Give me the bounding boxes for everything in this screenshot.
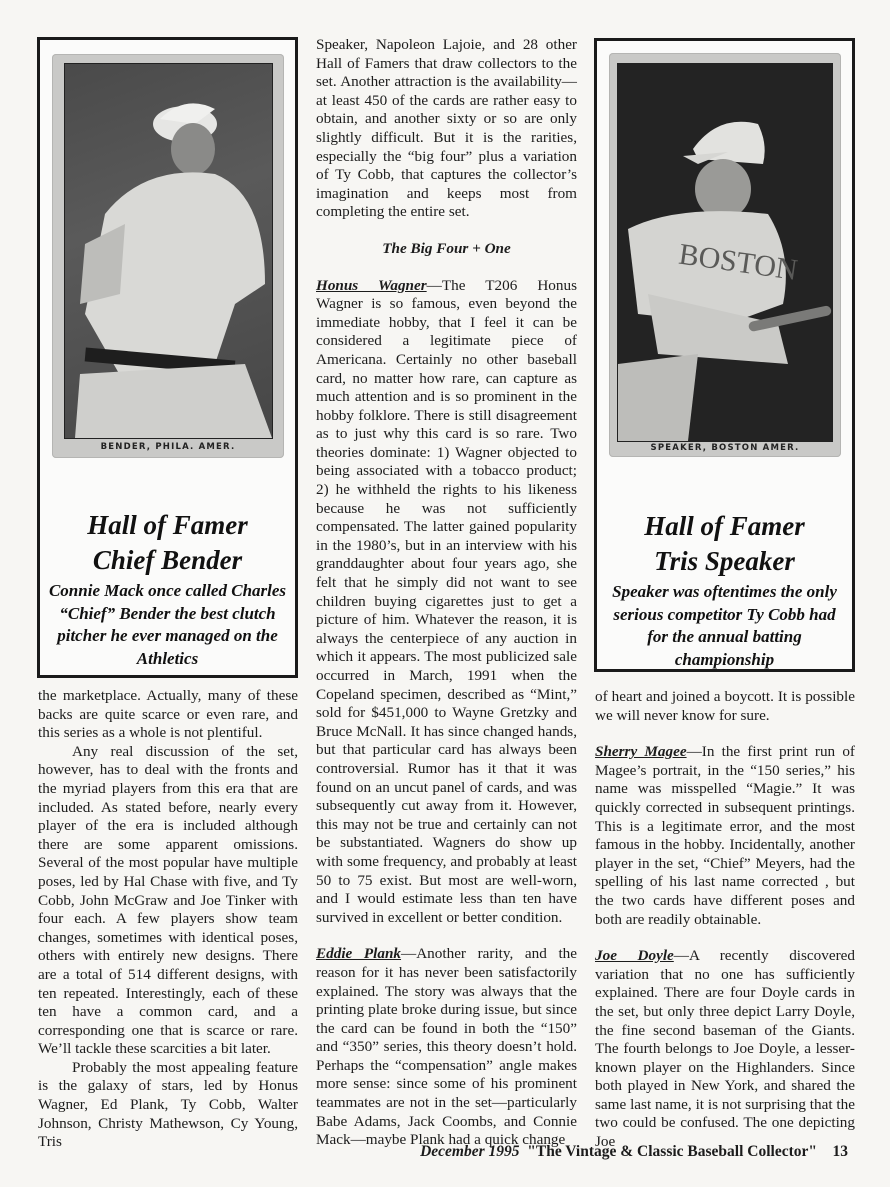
article-column-1: the marketplace. Actually, many of these… xyxy=(38,687,298,1152)
sidebar-title-line2: Tris Speaker xyxy=(597,544,852,578)
sidebar-title-line1: Hall of Famer xyxy=(597,509,852,543)
entry-text: —The T206 Honus Wagner is so famous, eve… xyxy=(316,277,577,926)
sidebar-box-bender: BENDER, PHILA. AMER. Hall of Famer Chief… xyxy=(37,37,298,678)
wagner-entry: Honus Wagner—The T206 Honus Wagner is so… xyxy=(316,277,577,928)
paragraph: Speaker, Napoleon Lajoie, and 28 other H… xyxy=(316,36,577,222)
baseball-card-speaker: BOSTON SPEAKER, BOSTON AMER. xyxy=(609,53,841,457)
sidebar-caption-speaker: Speaker was oftentimes the only serious … xyxy=(605,581,844,671)
sidebar-box-speaker: BOSTON SPEAKER, BOSTON AMER. Hall of Fam… xyxy=(594,38,855,672)
entry-title-doyle: Joe Doyle xyxy=(595,947,674,964)
paragraph: Probably the most appealing feature is t… xyxy=(38,1059,298,1152)
doyle-entry: Joe Doyle—A recently discovered variatio… xyxy=(595,947,855,1152)
card-caption-bender: BENDER, PHILA. AMER. xyxy=(52,442,284,452)
issue-date: December 1995 xyxy=(420,1143,519,1160)
publication-name: "The Vintage & Classic Baseball Collecto… xyxy=(527,1143,817,1160)
player-photo-speaker: BOSTON xyxy=(617,63,833,442)
entry-title-magee: Sherry Magee xyxy=(595,743,687,760)
baseball-card-bender: BENDER, PHILA. AMER. xyxy=(52,54,284,458)
section-heading: The Big Four + One xyxy=(316,240,577,259)
entry-title-wagner: Honus Wagner xyxy=(316,277,427,294)
article-column-3: of heart and joined a boycott. It is pos… xyxy=(595,688,855,1152)
paragraph: Any real discussion of the set, however,… xyxy=(38,743,298,1059)
player-photo-bender xyxy=(64,63,273,439)
pitcher-illustration-icon xyxy=(65,64,272,438)
sidebar-title-line1: Hall of Famer xyxy=(40,508,295,542)
entry-text: —A recently discovered variation that no… xyxy=(595,947,855,1150)
paragraph: of heart and joined a boycott. It is pos… xyxy=(595,688,855,725)
plank-entry: Eddie Plank—Another rarity, and the reas… xyxy=(316,945,577,1150)
card-caption-speaker: SPEAKER, BOSTON AMER. xyxy=(609,443,841,453)
sidebar-caption-bender: Connie Mack once called Charles “Chief” … xyxy=(48,580,287,670)
article-column-2: Speaker, Napoleon Lajoie, and 28 other H… xyxy=(316,36,577,1150)
entry-text: —Another rarity, and the reason for it h… xyxy=(316,945,577,1148)
magee-entry: Sherry Magee—In the first print run of M… xyxy=(595,743,855,929)
paragraph: the marketplace. Actually, many of these… xyxy=(38,687,298,743)
sidebar-title-line2: Chief Bender xyxy=(40,543,295,577)
page-number: 13 xyxy=(833,1143,849,1160)
entry-text: —In the first print run of Magee’s portr… xyxy=(595,743,855,927)
entry-title-plank: Eddie Plank xyxy=(316,945,401,962)
page-footer: December 1995 "The Vintage & Classic Bas… xyxy=(420,1143,848,1161)
batter-illustration-icon: BOSTON xyxy=(618,64,832,441)
